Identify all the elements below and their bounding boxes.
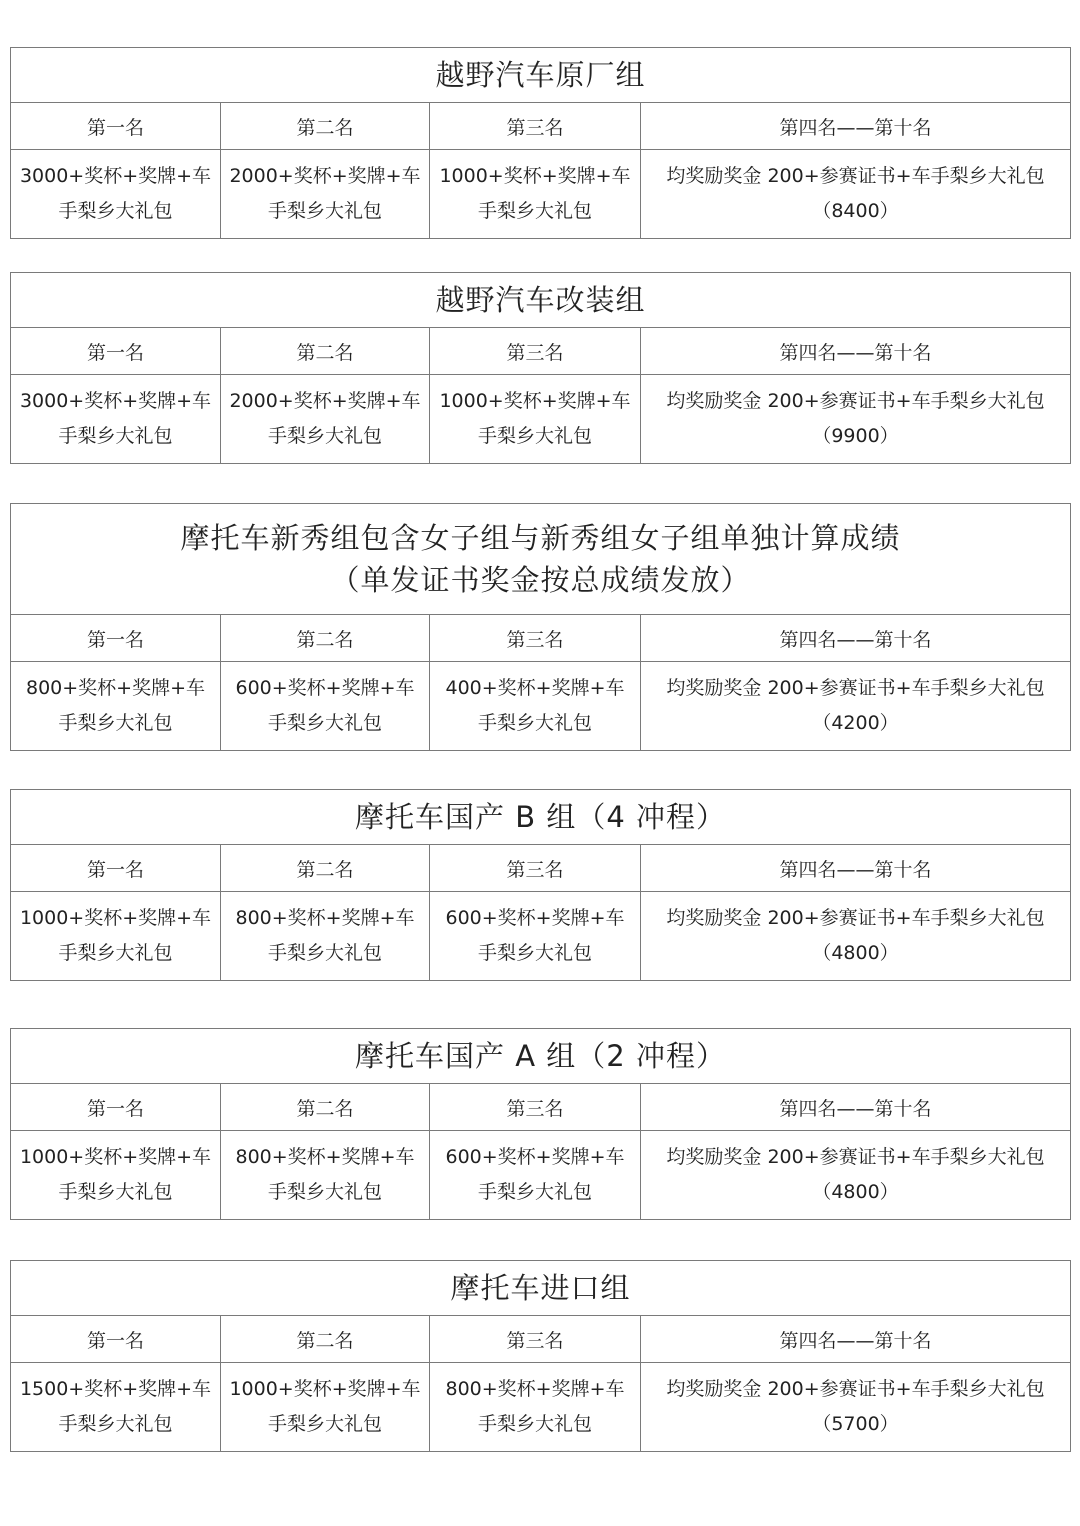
header-fourth-to-tenth: 第四名——第十名 bbox=[641, 615, 1071, 662]
table-title-line: 摩托车进口组 bbox=[11, 1267, 1070, 1309]
prize-line: 800+奖杯+奖牌+车 bbox=[221, 1140, 429, 1175]
prize-line: 1000+奖杯+奖牌+车 bbox=[11, 1140, 220, 1175]
prize-line: 均奖励奖金 200+参赛证书+车手梨乡大礼包 bbox=[641, 901, 1070, 936]
prize-line: 800+奖杯+奖牌+车 bbox=[221, 901, 429, 936]
prize-line: 手梨乡大礼包 bbox=[11, 1175, 220, 1210]
header-third-place: 第三名 bbox=[430, 328, 641, 375]
prize-line: 手梨乡大礼包 bbox=[221, 1175, 429, 1210]
prize-line: 均奖励奖金 200+参赛证书+车手梨乡大礼包 bbox=[641, 159, 1070, 194]
prize-table-moto-rookie: 摩托车新秀组包含女子组与新秀组女子组单独计算成绩 （单发证书奖金按总成绩发放） … bbox=[10, 503, 1071, 751]
prize-first-place: 3000+奖杯+奖牌+车手梨乡大礼包 bbox=[11, 150, 221, 239]
prize-fourth-to-tenth: 均奖励奖金 200+参赛证书+车手梨乡大礼包（4200） bbox=[641, 662, 1071, 751]
prize-line: 均奖励奖金 200+参赛证书+车手梨乡大礼包 bbox=[641, 384, 1070, 419]
prize-third-place: 600+奖杯+奖牌+车手梨乡大礼包 bbox=[430, 1131, 641, 1220]
header-second-place: 第二名 bbox=[221, 845, 430, 892]
prize-line: 400+奖杯+奖牌+车 bbox=[430, 671, 640, 706]
prize-line: 手梨乡大礼包 bbox=[430, 706, 640, 741]
table-title-line: 越野汽车原厂组 bbox=[11, 54, 1070, 96]
prize-line: 手梨乡大礼包 bbox=[430, 419, 640, 454]
prize-third-place: 400+奖杯+奖牌+车手梨乡大礼包 bbox=[430, 662, 641, 751]
prize-table-moto-imported: 摩托车进口组 第一名 第二名 第三名 第四名——第十名 1500+奖杯+奖牌+车… bbox=[10, 1260, 1071, 1452]
prize-line: 800+奖杯+奖牌+车 bbox=[430, 1372, 640, 1407]
prize-first-place: 1500+奖杯+奖牌+车手梨乡大礼包 bbox=[11, 1363, 221, 1452]
prize-line: 3000+奖杯+奖牌+车 bbox=[11, 384, 220, 419]
prize-line: 手梨乡大礼包 bbox=[221, 1407, 429, 1442]
prize-line: 600+奖杯+奖牌+车 bbox=[221, 671, 429, 706]
prize-line: 均奖励奖金 200+参赛证书+车手梨乡大礼包 bbox=[641, 1372, 1070, 1407]
header-second-place: 第二名 bbox=[221, 1316, 430, 1363]
header-third-place: 第三名 bbox=[430, 845, 641, 892]
prize-line: 1000+奖杯+奖牌+车 bbox=[430, 159, 640, 194]
prize-second-place: 1000+奖杯+奖牌+车手梨乡大礼包 bbox=[221, 1363, 430, 1452]
header-fourth-to-tenth: 第四名——第十名 bbox=[641, 328, 1071, 375]
prize-line: 手梨乡大礼包 bbox=[221, 194, 429, 229]
header-third-place: 第三名 bbox=[430, 1084, 641, 1131]
table-title: 摩托车国产 B 组（4 冲程） bbox=[11, 790, 1071, 845]
prize-line: 手梨乡大礼包 bbox=[11, 1407, 220, 1442]
header-fourth-to-tenth: 第四名——第十名 bbox=[641, 1316, 1071, 1363]
prize-total: （4800） bbox=[641, 1175, 1070, 1210]
header-second-place: 第二名 bbox=[221, 1084, 430, 1131]
prize-line: 1000+奖杯+奖牌+车 bbox=[221, 1372, 429, 1407]
prize-line: 600+奖杯+奖牌+车 bbox=[430, 901, 640, 936]
prize-total: （8400） bbox=[641, 194, 1070, 229]
prize-line: 手梨乡大礼包 bbox=[221, 419, 429, 454]
table-title-line: 摩托车新秀组包含女子组与新秀组女子组单独计算成绩 bbox=[11, 517, 1070, 559]
prize-fourth-to-tenth: 均奖励奖金 200+参赛证书+车手梨乡大礼包（4800） bbox=[641, 892, 1071, 981]
header-third-place: 第三名 bbox=[430, 1316, 641, 1363]
prize-table-offroad-stock: 越野汽车原厂组 第一名 第二名 第三名 第四名——第十名 3000+奖杯+奖牌+… bbox=[10, 47, 1071, 239]
prize-line: 2000+奖杯+奖牌+车 bbox=[221, 159, 429, 194]
header-first-place: 第一名 bbox=[11, 845, 221, 892]
prize-line: 1500+奖杯+奖牌+车 bbox=[11, 1372, 220, 1407]
prize-line: 600+奖杯+奖牌+车 bbox=[430, 1140, 640, 1175]
header-first-place: 第一名 bbox=[11, 328, 221, 375]
prize-line: 手梨乡大礼包 bbox=[430, 194, 640, 229]
header-second-place: 第二名 bbox=[221, 103, 430, 150]
prize-table-moto-domestic-b: 摩托车国产 B 组（4 冲程） 第一名 第二名 第三名 第四名——第十名 100… bbox=[10, 789, 1071, 981]
prize-line: 手梨乡大礼包 bbox=[11, 419, 220, 454]
table-title-line: 摩托车国产 A 组（2 冲程） bbox=[11, 1035, 1070, 1077]
prize-first-place: 1000+奖杯+奖牌+车手梨乡大礼包 bbox=[11, 1131, 221, 1220]
prize-fourth-to-tenth: 均奖励奖金 200+参赛证书+车手梨乡大礼包（8400） bbox=[641, 150, 1071, 239]
header-first-place: 第一名 bbox=[11, 1316, 221, 1363]
header-second-place: 第二名 bbox=[221, 328, 430, 375]
prize-table-offroad-modified: 越野汽车改装组 第一名 第二名 第三名 第四名——第十名 3000+奖杯+奖牌+… bbox=[10, 272, 1071, 464]
table-title-line: 摩托车国产 B 组（4 冲程） bbox=[11, 796, 1070, 838]
prize-table-moto-domestic-a: 摩托车国产 A 组（2 冲程） 第一名 第二名 第三名 第四名——第十名 100… bbox=[10, 1028, 1071, 1220]
prize-second-place: 800+奖杯+奖牌+车手梨乡大礼包 bbox=[221, 892, 430, 981]
table-title: 越野汽车原厂组 bbox=[11, 48, 1071, 103]
table-title: 摩托车国产 A 组（2 冲程） bbox=[11, 1029, 1071, 1084]
prize-line: 手梨乡大礼包 bbox=[11, 706, 220, 741]
prize-second-place: 2000+奖杯+奖牌+车手梨乡大礼包 bbox=[221, 375, 430, 464]
prize-line: 手梨乡大礼包 bbox=[11, 194, 220, 229]
prize-line: 手梨乡大礼包 bbox=[430, 1407, 640, 1442]
header-fourth-to-tenth: 第四名——第十名 bbox=[641, 845, 1071, 892]
prize-third-place: 1000+奖杯+奖牌+车手梨乡大礼包 bbox=[430, 375, 641, 464]
prize-fourth-to-tenth: 均奖励奖金 200+参赛证书+车手梨乡大礼包（4800） bbox=[641, 1131, 1071, 1220]
prize-first-place: 1000+奖杯+奖牌+车手梨乡大礼包 bbox=[11, 892, 221, 981]
prize-line: 手梨乡大礼包 bbox=[221, 936, 429, 971]
header-first-place: 第一名 bbox=[11, 1084, 221, 1131]
prize-line: 1000+奖杯+奖牌+车 bbox=[11, 901, 220, 936]
header-second-place: 第二名 bbox=[221, 615, 430, 662]
prize-line: 2000+奖杯+奖牌+车 bbox=[221, 384, 429, 419]
prize-line: 手梨乡大礼包 bbox=[430, 936, 640, 971]
header-third-place: 第三名 bbox=[430, 103, 641, 150]
header-fourth-to-tenth: 第四名——第十名 bbox=[641, 103, 1071, 150]
prize-second-place: 800+奖杯+奖牌+车手梨乡大礼包 bbox=[221, 1131, 430, 1220]
prize-third-place: 1000+奖杯+奖牌+车手梨乡大礼包 bbox=[430, 150, 641, 239]
prize-fourth-to-tenth: 均奖励奖金 200+参赛证书+车手梨乡大礼包（5700） bbox=[641, 1363, 1071, 1452]
table-title-line: （单发证书奖金按总成绩发放） bbox=[11, 559, 1070, 601]
prize-line: 3000+奖杯+奖牌+车 bbox=[11, 159, 220, 194]
table-title: 摩托车新秀组包含女子组与新秀组女子组单独计算成绩 （单发证书奖金按总成绩发放） bbox=[11, 504, 1071, 615]
prize-line: 1000+奖杯+奖牌+车 bbox=[430, 384, 640, 419]
prize-third-place: 800+奖杯+奖牌+车手梨乡大礼包 bbox=[430, 1363, 641, 1452]
prize-fourth-to-tenth: 均奖励奖金 200+参赛证书+车手梨乡大礼包（9900） bbox=[641, 375, 1071, 464]
header-fourth-to-tenth: 第四名——第十名 bbox=[641, 1084, 1071, 1131]
table-title: 摩托车进口组 bbox=[11, 1261, 1071, 1316]
prize-line: 手梨乡大礼包 bbox=[221, 706, 429, 741]
prize-total: （5700） bbox=[641, 1407, 1070, 1442]
header-third-place: 第三名 bbox=[430, 615, 641, 662]
prize-third-place: 600+奖杯+奖牌+车手梨乡大礼包 bbox=[430, 892, 641, 981]
prize-line: 均奖励奖金 200+参赛证书+车手梨乡大礼包 bbox=[641, 671, 1070, 706]
prize-second-place: 600+奖杯+奖牌+车手梨乡大礼包 bbox=[221, 662, 430, 751]
prize-first-place: 800+奖杯+奖牌+车手梨乡大礼包 bbox=[11, 662, 221, 751]
header-first-place: 第一名 bbox=[11, 103, 221, 150]
prize-first-place: 3000+奖杯+奖牌+车手梨乡大礼包 bbox=[11, 375, 221, 464]
prize-total: （9900） bbox=[641, 419, 1070, 454]
header-first-place: 第一名 bbox=[11, 615, 221, 662]
prize-line: 800+奖杯+奖牌+车 bbox=[11, 671, 220, 706]
prize-total: （4200） bbox=[641, 706, 1070, 741]
table-title: 越野汽车改装组 bbox=[11, 273, 1071, 328]
prize-line: 手梨乡大礼包 bbox=[430, 1175, 640, 1210]
prize-second-place: 2000+奖杯+奖牌+车手梨乡大礼包 bbox=[221, 150, 430, 239]
table-title-line: 越野汽车改装组 bbox=[11, 279, 1070, 321]
prize-line: 手梨乡大礼包 bbox=[11, 936, 220, 971]
prize-line: 均奖励奖金 200+参赛证书+车手梨乡大礼包 bbox=[641, 1140, 1070, 1175]
prize-total: （4800） bbox=[641, 936, 1070, 971]
